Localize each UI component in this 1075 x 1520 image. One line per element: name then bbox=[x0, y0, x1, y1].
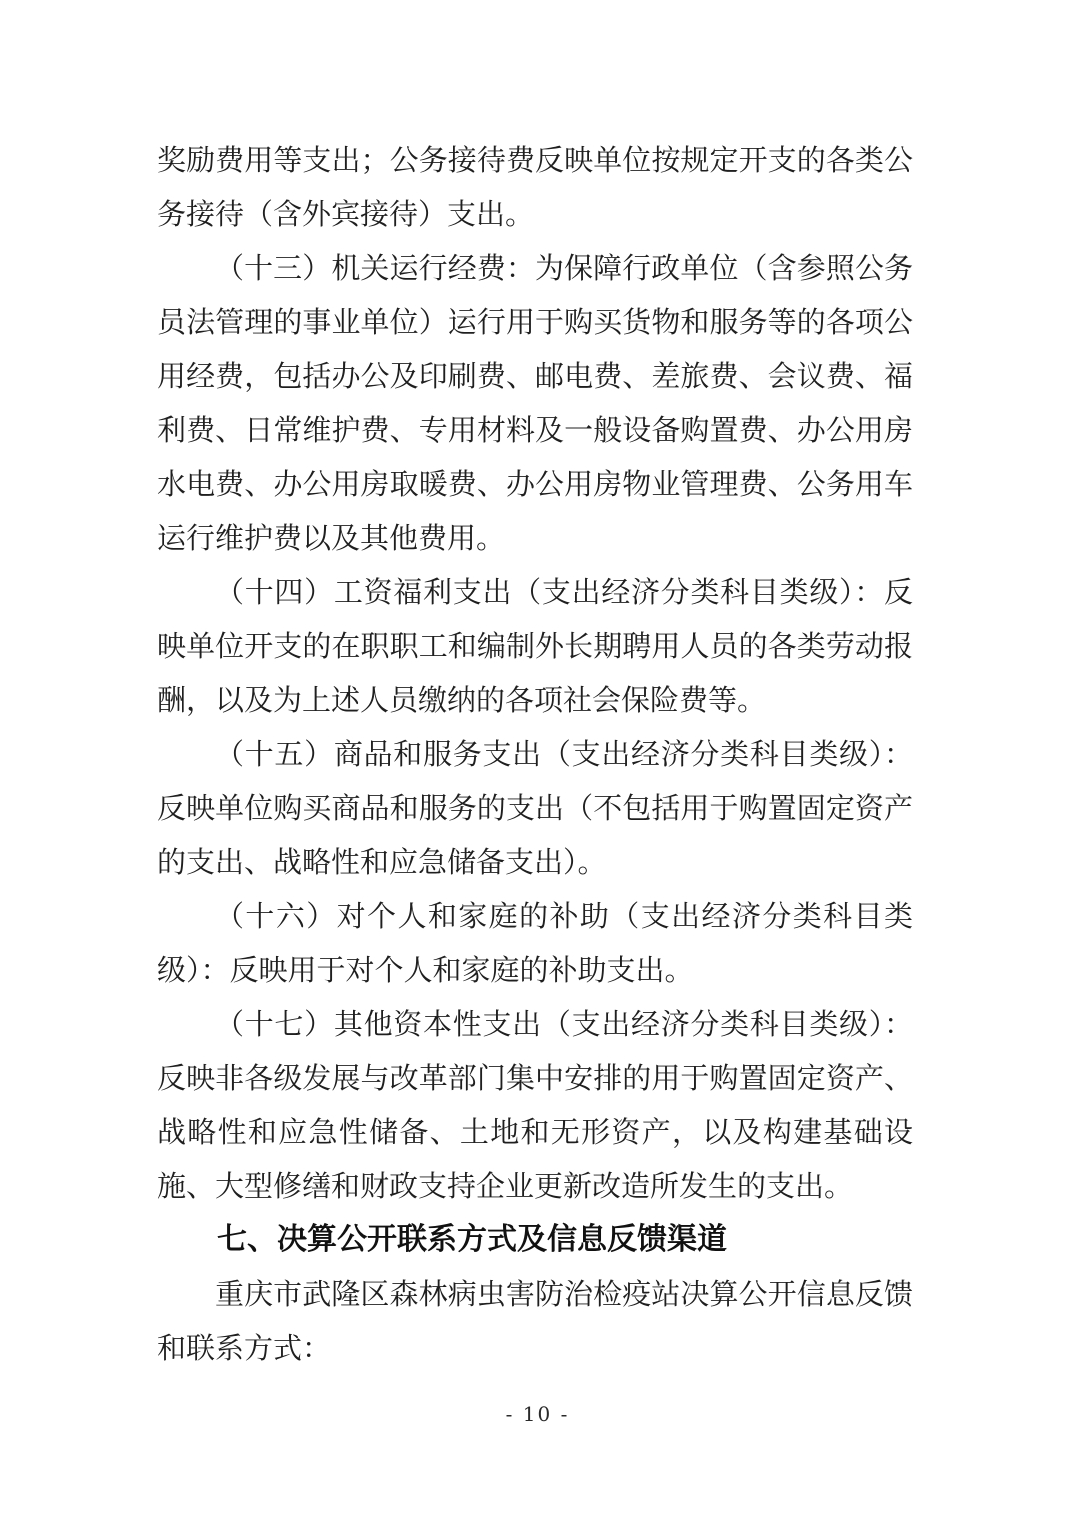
paragraph-item-13-agency-operating-expenses: （十三）机关运行经费：为保障行政单位（含参照公务员法管理的事业单位）运行用于购买… bbox=[157, 241, 913, 565]
paragraph-item-15-goods-services-expenditure: （十五）商品和服务支出（支出经济分类科目类级）：反映单位购买商品和服务的支出（不… bbox=[157, 727, 913, 889]
paragraph-contact-intro: 重庆市武隆区森林病虫害防治检疫站决算公开信息反馈和联系方式： bbox=[157, 1267, 913, 1375]
section-heading-contact-and-feedback: 七、决算公开联系方式及信息反馈渠道 bbox=[157, 1213, 913, 1267]
page-content: 奖励费用等支出；公务接待费反映单位按规定开支的各类公务接待（含外宾接待）支出。 … bbox=[157, 133, 913, 1375]
document-page: 奖励费用等支出；公务接待费反映单位按规定开支的各类公务接待（含外宾接待）支出。 … bbox=[0, 0, 1075, 1520]
paragraph-item-14-wage-welfare-expenditure: （十四）工资福利支出（支出经济分类科目类级）：反映单位开支的在职职工和编制外长期… bbox=[157, 565, 913, 727]
page-number: - 10 - bbox=[0, 1402, 1075, 1426]
paragraph-continuation-official-reception: 奖励费用等支出；公务接待费反映单位按规定开支的各类公务接待（含外宾接待）支出。 bbox=[157, 133, 913, 241]
paragraph-item-17-other-capital-expenditure: （十七）其他资本性支出（支出经济分类科目类级）：反映非各级发展与改革部门集中安排… bbox=[157, 997, 913, 1213]
paragraph-item-16-individual-family-subsidies: （十六）对个人和家庭的补助（支出经济分类科目类级）：反映用于对个人和家庭的补助支… bbox=[157, 889, 913, 997]
